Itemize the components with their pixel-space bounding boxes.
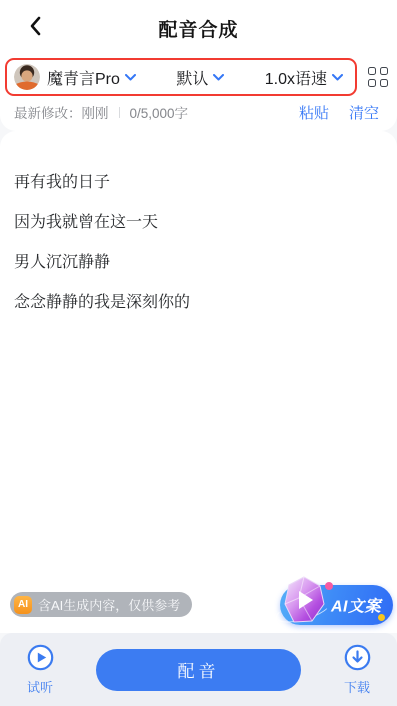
speed-label: 1.0x语速	[265, 66, 327, 89]
crystal-play-icon	[282, 576, 326, 624]
clear-button[interactable]: 清空	[349, 102, 379, 123]
preview-button[interactable]: 试听	[16, 644, 64, 696]
editor-line: 男人沉沉静静	[14, 255, 383, 271]
chevron-left-icon	[29, 16, 41, 41]
editor-line: 念念静静的我是深刻你的	[14, 295, 383, 311]
char-count: 0/5,000字	[130, 102, 189, 122]
style-selector[interactable]: 默认	[176, 66, 224, 89]
pink-dot-decoration	[325, 582, 333, 590]
ai-copy-label: AI文案	[331, 594, 381, 617]
voice-name-label: 魔青言Pro	[47, 66, 120, 89]
play-circle-icon	[27, 644, 54, 674]
top-section: 配音合成	[0, 0, 397, 131]
bottom-bar: 试听 配音 下载	[0, 633, 397, 706]
editor-line: 再有我的日子	[14, 175, 383, 191]
dubbing-synthesis-screen: 配音合成	[0, 0, 397, 706]
voice-settings-box: 魔青言Pro 默认 1.0x语速	[5, 58, 357, 96]
grid-menu-icon[interactable]	[366, 65, 390, 89]
preview-label: 试听	[27, 677, 53, 696]
download-circle-icon	[344, 644, 371, 674]
dub-button[interactable]: 配音	[96, 649, 301, 691]
style-label: 默认	[176, 66, 208, 89]
chevron-down-icon	[125, 68, 136, 86]
header: 配音合成	[0, 0, 397, 57]
ai-notice-text: 含AI生成内容，仅供参考	[38, 595, 180, 614]
speed-selector[interactable]: 1.0x语速	[265, 66, 343, 89]
page-title: 配音合成	[158, 15, 238, 42]
voice-settings-row: 魔青言Pro 默认 1.0x语速	[0, 57, 397, 97]
chevron-down-icon	[213, 68, 224, 86]
last-modified-label: 最新修改：刚刚	[14, 102, 109, 122]
download-button[interactable]: 下载	[333, 644, 381, 696]
paste-button[interactable]: 粘贴	[299, 102, 329, 123]
back-button[interactable]	[22, 14, 48, 44]
voice-avatar	[14, 64, 40, 90]
text-editor[interactable]: 再有我的日子 因为我就曾在这一天 男人沉沉静静 念念静静的我是深刻你的	[0, 131, 397, 633]
ai-copywriting-button[interactable]: AI文案	[280, 585, 393, 625]
ai-content-notice: AI 含AI生成内容，仅供参考	[10, 592, 192, 617]
ai-badge-icon: AI	[14, 596, 32, 614]
editor-line: 因为我就曾在这一天	[14, 215, 383, 231]
chevron-down-icon	[332, 68, 343, 86]
voice-selector[interactable]: 魔青言Pro	[14, 64, 136, 90]
download-label: 下载	[344, 677, 370, 696]
info-bar: 最新修改：刚刚 0/5,000字 粘贴 清空	[0, 97, 397, 127]
divider	[119, 107, 120, 118]
